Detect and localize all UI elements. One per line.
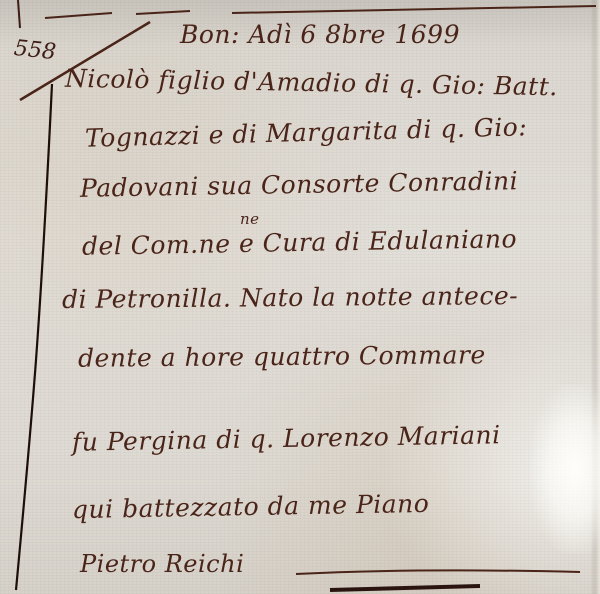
text-line-6: dente a hore quattro Commare — [78, 340, 486, 373]
entry-date-header: Bon: Adì 6 8bre 1699 — [180, 20, 460, 49]
text-line-5: di Petronilla. Nato la notte antece- — [62, 281, 518, 314]
record-number: 558 — [13, 36, 57, 65]
signature-line: Pietro Reichi — [80, 550, 244, 578]
document-page: 558 Bon: Adì 6 8bre 1699 Nicolò figlio d… — [0, 0, 600, 594]
superscript-annotation: ne — [240, 210, 260, 228]
